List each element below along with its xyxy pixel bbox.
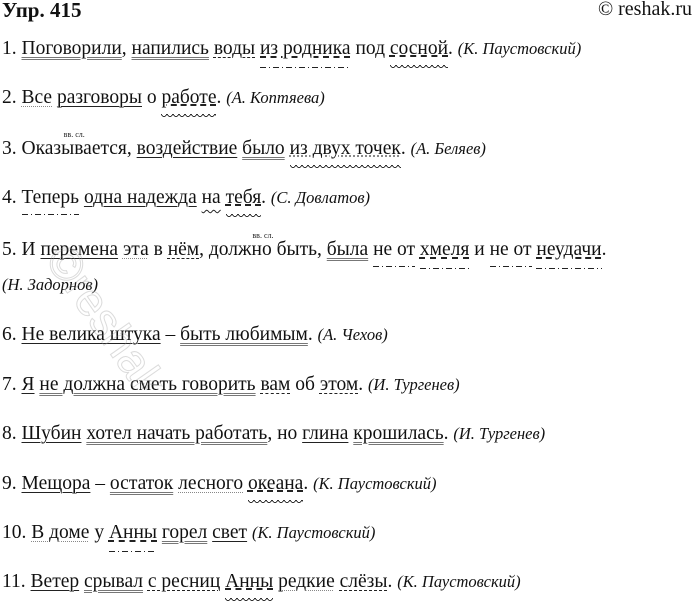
plain-text: у (89, 522, 109, 543)
plain-text: – (90, 473, 110, 494)
underlined-word: Все (22, 86, 53, 110)
sentence-author: (А. Чехов) (318, 325, 388, 344)
sentence-number: 5. (2, 239, 22, 260)
underlined-word: Мещора (22, 472, 91, 496)
underlined-word: Анны (225, 570, 273, 594)
sentence-4: 4. Теперь одна надежда на тебя. (С. Довл… (2, 186, 694, 210)
watermark-logo: ©reshak.ru (10, 240, 180, 390)
plain-text: И (22, 239, 41, 260)
underlined-word: воздействие (137, 137, 238, 161)
svg-text:©reshak.ru: ©reshak.ru (36, 240, 180, 390)
plain-text: и (469, 239, 489, 260)
underlined-word: неудачи (536, 238, 601, 262)
sentence-2: 2. Все разговоры о работе. (А. Коптяева) (2, 86, 694, 110)
sentence-11: 11. Ветер срывал с ресниц Анны редкие сл… (2, 570, 694, 594)
underlined-word: горел (162, 521, 207, 545)
sentence-author: (К. Паустовский) (313, 474, 436, 493)
sentence-author: (С. Довлатов) (271, 188, 370, 207)
underlined-word: глина (302, 422, 348, 446)
sentence-1: 1. Поговорили, напились воды из родника … (2, 37, 694, 61)
sentence-number: 11. (2, 571, 31, 592)
underlined-word: из родника (260, 37, 351, 61)
sentence-number: 7. (2, 374, 22, 395)
plain-text: в (149, 239, 168, 260)
underlined-word: не от (490, 238, 532, 262)
sentence-number: 10. (2, 522, 31, 543)
sentence-3: 3. Оказываетсявв. сл., воздействие было … (2, 137, 694, 161)
underlined-word: с ресниц (148, 570, 220, 594)
sentence-number: 1. (2, 38, 22, 59)
underlined-word: остаток (110, 472, 173, 496)
underlined-word: хотел начать работать (86, 422, 267, 446)
plain-text: , (199, 239, 209, 260)
underlined-word: Ветер (31, 570, 80, 594)
sentence-author: (А. Беляев) (411, 139, 486, 158)
sentence-9: 9. Мещора – остаток лесного океана. (К. … (2, 472, 694, 496)
underlined-word: океана (248, 472, 303, 496)
sentence-number: 4. (2, 187, 22, 208)
underlined-word: из двух точек (290, 137, 401, 161)
underlined-word: перемена (40, 238, 118, 262)
sentence-author: (К. Паустовский) (252, 523, 375, 542)
plain-text: . (444, 423, 454, 444)
plain-text: должно бытьвв. сл. (209, 238, 317, 262)
sentence-6: 6. Не велика штука – быть любимым. (А. Ч… (2, 323, 694, 347)
underlined-word: срывал (84, 570, 143, 594)
introductory-word-note: вв. сл. (252, 224, 273, 248)
underlined-word: одна надежда (84, 186, 197, 210)
underlined-word: свет (212, 521, 247, 545)
underlined-word: Не велика штука (22, 323, 161, 347)
sentence-author: (И. Тургенев) (453, 424, 545, 443)
plain-text: , но (267, 423, 302, 444)
underlined-word: нём (168, 238, 199, 262)
sentence-author: (А. Коптяева) (226, 88, 325, 107)
plain-text: . (303, 473, 313, 494)
plain-text: о (142, 87, 162, 108)
plain-text: , (127, 138, 137, 159)
underlined-word: воды (214, 37, 255, 61)
plain-text: под (351, 38, 390, 59)
sentence-author: (Н. Задорнов) (2, 275, 98, 294)
plain-text: об (290, 374, 319, 395)
underlined-word: разговоры (57, 86, 142, 110)
underlined-word: сосной (390, 37, 448, 61)
plain-text: . (216, 87, 226, 108)
plain-text: – (161, 324, 181, 345)
sentence-5-author-line: (Н. Задорнов) (2, 273, 694, 297)
plain-text: . (448, 38, 458, 59)
underlined-word: Поговорили (22, 37, 122, 61)
underlined-word: Шубин (22, 422, 82, 446)
underlined-word: редкие (278, 570, 335, 594)
sentence-number: 2. (2, 87, 22, 108)
plain-text: Оказываетсявв. сл. (22, 137, 127, 161)
underlined-word: Я (22, 373, 35, 397)
sentence-author: (К. Паустовский) (397, 572, 520, 591)
plain-text: . (602, 239, 607, 260)
sentence-5: 5. И перемена эта в нём, должно бытьвв. … (2, 238, 694, 262)
underlined-word: напились (132, 37, 209, 61)
sentence-number: 9. (2, 473, 22, 494)
introductory-word-note: вв. сл. (64, 123, 85, 147)
plain-text: , (122, 38, 132, 59)
exercise-title: Упр. 415 (2, 0, 81, 23)
underlined-word: лесного (178, 472, 243, 496)
underlined-word: этом (320, 373, 358, 397)
underlined-word: на (202, 186, 221, 210)
plain-text: . (261, 187, 271, 208)
sentence-10: 10. В доме у Анны горел свет (К. Паустов… (2, 521, 694, 545)
underlined-word: эта (123, 238, 149, 262)
underlined-word: была (327, 238, 368, 262)
underlined-word: тебя (226, 186, 262, 210)
underlined-word: работе (161, 86, 216, 110)
plain-text: . (358, 374, 368, 395)
plain-text: . (401, 138, 411, 159)
underlined-word: Анны (109, 521, 157, 545)
underlined-word: крошилась (353, 422, 443, 446)
underlined-word: не от (373, 238, 415, 262)
sentence-number: 8. (2, 423, 22, 444)
plain-text: . (387, 571, 397, 592)
underlined-word: Теперь (22, 186, 80, 210)
underlined-word: было (242, 137, 285, 161)
underlined-word: слёзы (340, 570, 388, 594)
underlined-word: В доме (31, 521, 89, 545)
sentence-number: 6. (2, 324, 22, 345)
sentence-author: (И. Тургенев) (368, 375, 460, 394)
sentence-7: 7. Я не должна сметь говорить вам об это… (2, 373, 694, 397)
copyright-notice: © reshak.ru (598, 0, 692, 21)
plain-text: . (308, 324, 318, 345)
sentence-author: (К. Паустовский) (458, 39, 581, 58)
sentence-8: 8. Шубин хотел начать работать, но глина… (2, 422, 694, 446)
underlined-word: быть любимым (180, 323, 308, 347)
plain-text: , (317, 239, 327, 260)
sentence-number: 3. (2, 138, 22, 159)
underlined-word: не должна сметь говорить (39, 373, 255, 397)
underlined-word: вам (260, 373, 290, 397)
underlined-word: хмеля (420, 238, 469, 262)
